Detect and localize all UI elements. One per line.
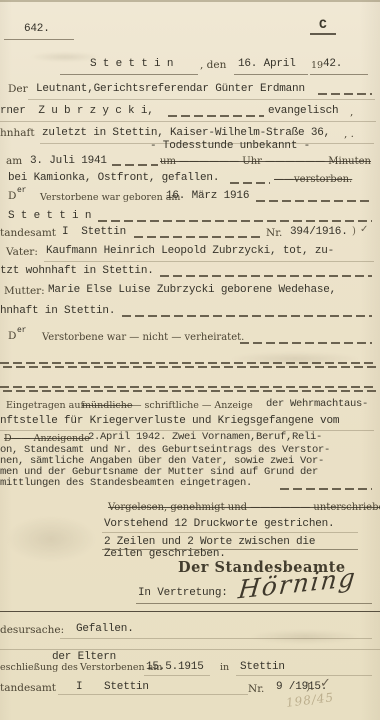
birth-city: S t e t t i n xyxy=(8,210,91,222)
preprint-nr: Nr. xyxy=(266,228,282,240)
blank-dash-row xyxy=(3,390,376,392)
preprint-year-prefix: 19 xyxy=(311,61,323,71)
entry-number-underline xyxy=(4,39,74,40)
residence: zuletzt in Stettin, Kaiser-Wilhelm-Straß… xyxy=(42,127,330,139)
preprint-mutter-label: Mutter: xyxy=(4,286,45,298)
blank-dash-row xyxy=(0,362,376,364)
section-divider xyxy=(0,611,380,612)
form-ruling xyxy=(44,261,374,262)
register-entry-number: 642. xyxy=(24,23,50,35)
preprint-residence-tail: , . xyxy=(344,129,354,141)
preprint-den: , den xyxy=(200,60,226,72)
dash-fill xyxy=(160,275,372,277)
pencil-note: 198/45 xyxy=(285,691,334,710)
death-date: 3. Juli 1941 xyxy=(30,155,107,167)
birth-registry-office: I Stettin xyxy=(62,226,126,238)
preprint-todesursache: desursache: xyxy=(0,625,64,637)
report-text-5: mittlungen des Standesbeamten eingetrage… xyxy=(0,478,252,490)
field-line xyxy=(60,74,198,75)
dash-fill xyxy=(98,220,372,222)
pencil-bracket: ). xyxy=(306,681,314,693)
father-residence: tzt wohnhaft in Stettin. xyxy=(0,265,154,277)
birth-date: 16. März 1916 xyxy=(166,190,249,202)
death-register-scan: 642. C S t e t t i n , den 16. April 19 … xyxy=(0,0,380,720)
pencil-checkmark: ✓ xyxy=(320,677,331,691)
preprint-vater-label: Vater: xyxy=(6,247,38,259)
dash-fill xyxy=(230,182,270,184)
form-ruling xyxy=(60,638,372,639)
religion: evangelisch xyxy=(268,105,338,117)
struck-verstorben: ——verstorben. xyxy=(274,174,352,185)
struck-muendliche: mündliche xyxy=(82,401,132,411)
blank-dash-row xyxy=(0,386,376,388)
bleed-through-smudge xyxy=(6,516,96,562)
mother-residence: hnhaft in Stettin. xyxy=(0,305,115,317)
death-place: bei Kamionka, Ostfront, gefallen. xyxy=(8,172,219,184)
issue-city: S t e t t i n xyxy=(90,58,173,70)
dash-fill xyxy=(280,488,372,490)
marital-status-text: Verstorbene war — nicht — verheiratet. xyxy=(42,332,244,343)
birth-register-number: 394/1916. xyxy=(290,226,348,238)
issue-date: 16. April xyxy=(238,58,296,70)
preprint-d: D xyxy=(8,191,16,203)
preprint-born-label: Verstorbene war geboren am xyxy=(40,193,180,203)
time-unknown-note: - Todesstunde unbekannt - xyxy=(150,140,310,152)
pencil-checkmark: ✓ xyxy=(360,224,368,235)
bleed-through-smudge xyxy=(250,630,360,644)
preprint-standesamt: tandesamt xyxy=(0,228,56,240)
field-line xyxy=(144,675,210,676)
preprint-schriftliche-anzeige: — schriftliche — Anzeige xyxy=(132,401,253,411)
reporting-agency-1: der Wehrmachtaus- xyxy=(266,399,368,411)
dash-fill xyxy=(134,236,262,238)
in-vertretung-label: In Vertretung: xyxy=(138,587,228,599)
report-text-1: 2.April 1942. Zwei Vornamen,Beruf,Reli- xyxy=(88,432,322,444)
reporting-agency-2: nftstelle für Kriegerverluste und Kriegs… xyxy=(0,415,339,427)
form-ruling xyxy=(0,649,380,650)
signature-line xyxy=(136,603,372,604)
cause-of-death: Gefallen. xyxy=(76,623,134,635)
dash-fill xyxy=(318,93,372,95)
struck-vorgelesen: Vorgelesen, genehmigt und —————— untersc… xyxy=(108,502,380,513)
dash-fill xyxy=(168,115,264,117)
field-line xyxy=(58,694,248,695)
preprint-comma: , xyxy=(350,107,353,119)
preprint-der: Der xyxy=(8,84,28,96)
father-name: Kaufmann Heinrich Leopold Zubrzycki, tot… xyxy=(46,245,334,257)
typed-er-superscript: er xyxy=(17,187,26,196)
correction-note-2a: 2 Zeilen und 2 Worte zwischen die xyxy=(104,536,315,548)
dash-fill xyxy=(122,315,372,317)
preprint-eingetragen: Eingetragen auf xyxy=(6,401,84,411)
preprint-nr: Nr. xyxy=(248,684,264,696)
struck-anzeigende: D—— Anzeigende xyxy=(4,434,90,444)
marriage-date: 15.5.1915 xyxy=(146,661,204,673)
form-ruling xyxy=(102,532,358,533)
dash-fill xyxy=(240,342,372,344)
decedent-surname: rner Z u b r z y c k i, xyxy=(0,105,154,117)
preprint-wohnhaft: hnhaft xyxy=(0,128,35,140)
corner-letter: C xyxy=(310,18,336,35)
dash-fill xyxy=(112,164,158,166)
issue-year: 42. xyxy=(323,58,342,70)
correction-note-1: Vorstehend 12 Druckworte gestrichen. xyxy=(104,518,334,530)
form-ruling xyxy=(0,121,376,122)
marriage-city: Stettin xyxy=(240,661,285,673)
marriage-office-city: Stettin xyxy=(104,681,149,693)
preprint-standesamt: tandesamt xyxy=(0,683,56,695)
preprint-eheschliessung: eschließung des xyxy=(0,663,78,673)
field-line xyxy=(310,74,368,75)
preprint-d: D xyxy=(8,331,16,343)
field-line xyxy=(234,74,308,75)
dash-fill xyxy=(256,200,372,202)
struck-time-fields: um —————— Uhr —————— Minuten xyxy=(160,156,371,167)
mother-name: Marie Else Luise Zubrzycki geborene Wede… xyxy=(48,284,336,296)
typed-er-superscript: er xyxy=(17,327,26,336)
marriage-office-number: I xyxy=(76,681,82,693)
preprint-am: am xyxy=(6,156,22,168)
blank-dash-row xyxy=(3,366,376,368)
decedent-title-name: Leutnant,Gerichtsreferendar Günter Erdma… xyxy=(36,83,305,95)
field-line xyxy=(236,675,372,676)
preprint-in: in xyxy=(220,663,229,673)
scan-edge xyxy=(0,0,380,2)
pencil-bracket: ) xyxy=(352,226,356,237)
form-ruling xyxy=(28,99,375,100)
